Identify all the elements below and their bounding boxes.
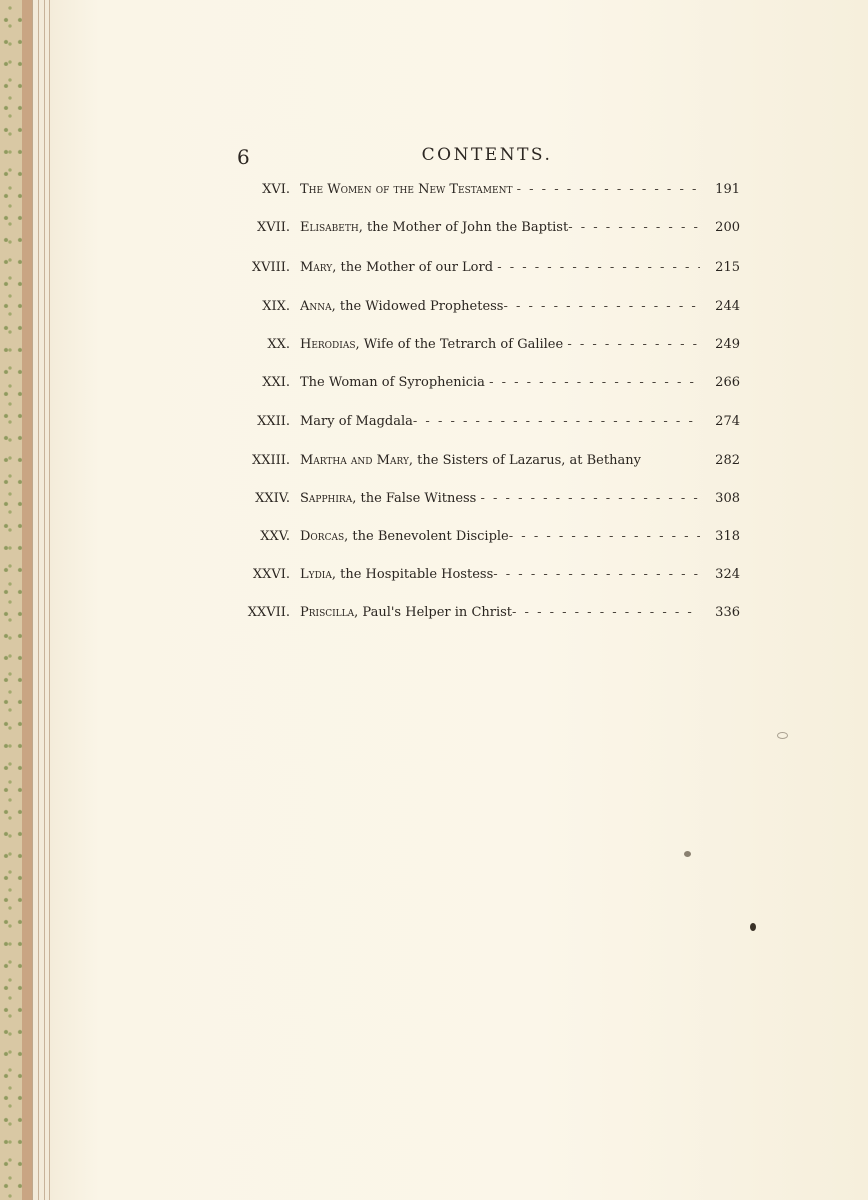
page-reference: 318 [704, 527, 740, 547]
toc-entry: XXII. Mary of Magdala- - - - - - - - - -… [230, 412, 740, 432]
toc-entry: XXI. The Woman of Syrophenicia - - - - -… [230, 373, 740, 393]
chapter-numeral: XXV. [260, 527, 290, 547]
chapter-title: Lydia, the Hospitable Hostess- - - - - -… [300, 565, 700, 585]
chapter-title: Dorcas, the Benevolent Disciple- - - - -… [300, 527, 700, 547]
chapter-numeral: XIX. [262, 297, 290, 317]
chapter-title: Mary of Magdala- - - - - - - - - - - - -… [300, 412, 700, 432]
chapter-numeral: XVII. [257, 218, 290, 238]
toc-entry: XXIII. Martha and Mary, the Sisters of L… [230, 451, 740, 471]
chapter-numeral: XXI. [262, 373, 290, 393]
toc-entry: XVI. The Women of the New Testament - - … [230, 180, 740, 200]
chapter-title: The Women of the New Testament - - - - -… [300, 180, 700, 200]
chapter-title: Mary, the Mother of our Lord - - - - - -… [300, 258, 700, 278]
toc-entry: XXV. Dorcas, the Benevolent Disciple- - … [230, 527, 740, 547]
binding-edge [22, 0, 32, 1200]
toc-entry: XVIII. Mary, the Mother of our Lord - - … [230, 258, 740, 278]
chapter-numeral: XXIV. [255, 489, 290, 509]
page-edges [32, 0, 51, 1200]
page-reference: 324 [704, 565, 740, 585]
chapter-title: Herodias, Wife of the Tetrarch of Galile… [300, 335, 700, 355]
chapter-numeral: XXIII. [252, 451, 290, 471]
page-reference: 282 [704, 451, 740, 471]
chapter-title: Elisabeth, the Mother of John the Baptis… [300, 218, 700, 238]
page-reference: 266 [704, 373, 740, 393]
paper-stain [777, 732, 788, 739]
toc-entry: XIX. Anna, the Widowed Prophetess- - - -… [230, 297, 740, 317]
chapter-numeral: XXVII. [248, 603, 290, 623]
chapter-title: The Woman of Syrophenicia - - - - - - - … [300, 373, 700, 393]
page-reference: 249 [704, 335, 740, 355]
page-reference: 200 [704, 218, 740, 238]
page-reference: 244 [704, 297, 740, 317]
toc-entry: XVII. Elisabeth, the Mother of John the … [230, 218, 740, 238]
paper-stain [684, 851, 691, 857]
chapter-numeral: XXII. [257, 412, 290, 432]
page-reference: 308 [704, 489, 740, 509]
toc-entry: XX. Herodias, Wife of the Tetrarch of Ga… [230, 335, 740, 355]
page-reference: 191 [704, 180, 740, 200]
running-head: 6 CONTENTS. [237, 145, 737, 169]
chapter-numeral: XXVI. [253, 565, 290, 585]
chapter-title: Anna, the Widowed Prophetess- - - - - - … [300, 297, 700, 317]
page-reference: 215 [704, 258, 740, 278]
chapter-title: Sapphira, the False Witness - - - - - - … [300, 489, 700, 509]
toc-entry: XXVI. Lydia, the Hospitable Hostess- - -… [230, 565, 740, 585]
page-title: CONTENTS. [237, 145, 737, 165]
chapter-numeral: XX. [267, 335, 290, 355]
chapter-title: Priscilla, Paul's Helper in Christ- - - … [300, 603, 700, 623]
toc-entry: XXVII. Priscilla, Paul's Helper in Chris… [230, 603, 740, 623]
chapter-numeral: XVI. [262, 180, 290, 200]
chapter-numeral: XVIII. [252, 258, 290, 278]
page-reference: 336 [704, 603, 740, 623]
chapter-title: Martha and Mary, the Sisters of Lazarus,… [300, 451, 700, 471]
page-reference: 274 [704, 412, 740, 432]
paper-stain [750, 923, 756, 931]
toc-entry: XXIV. Sapphira, the False Witness - - - … [230, 489, 740, 509]
